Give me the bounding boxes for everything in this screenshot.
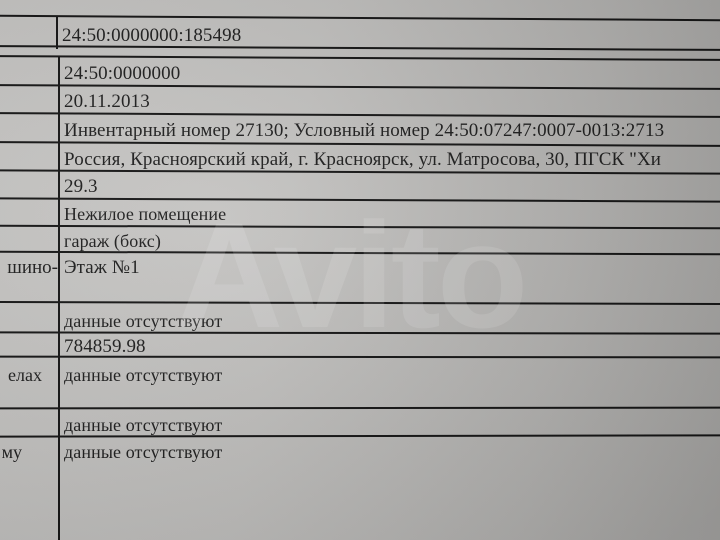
previous-numbers: Инвентарный номер 27130; Условный номер …	[64, 120, 664, 142]
value-row-12: данные отсутствуют	[64, 364, 222, 386]
purpose: Нежилое помещение	[64, 203, 226, 225]
row-rule	[0, 225, 720, 230]
cadastral-quarter: 24:50:0000000	[64, 63, 180, 85]
cadastral-number: 24:50:0000000:185498	[62, 25, 241, 47]
label-fragment: шино-	[7, 257, 58, 279]
document-sheet: 24:50:0000000:185498 24:50:0000000 20.11…	[0, 0, 720, 540]
object-name: гараж (бокс)	[64, 230, 161, 252]
value-row-10: данные отсутствуют	[64, 310, 222, 332]
column-divider	[56, 17, 58, 49]
row-rule	[0, 197, 720, 202]
label-fragment: му	[2, 441, 22, 463]
column-divider	[58, 57, 60, 540]
cadastral-value: 784859.98	[64, 336, 146, 358]
watermark-logo: Avito	[175, 200, 524, 350]
label-fragment: елах	[8, 364, 42, 386]
address: Россия, Красноярский край, г. Красноярск…	[64, 149, 661, 171]
row-rule	[0, 407, 720, 410]
value-row-14: данные отсутствуют	[64, 441, 222, 463]
registration-date: 20.11.2013	[64, 91, 150, 113]
row-rule	[0, 15, 720, 21]
row-rule	[0, 301, 720, 305]
area: 29.3	[64, 176, 98, 198]
value-row-13: данные отсутствуют	[64, 414, 222, 436]
floor: Этаж №1	[64, 257, 140, 279]
row-rule	[0, 55, 720, 61]
